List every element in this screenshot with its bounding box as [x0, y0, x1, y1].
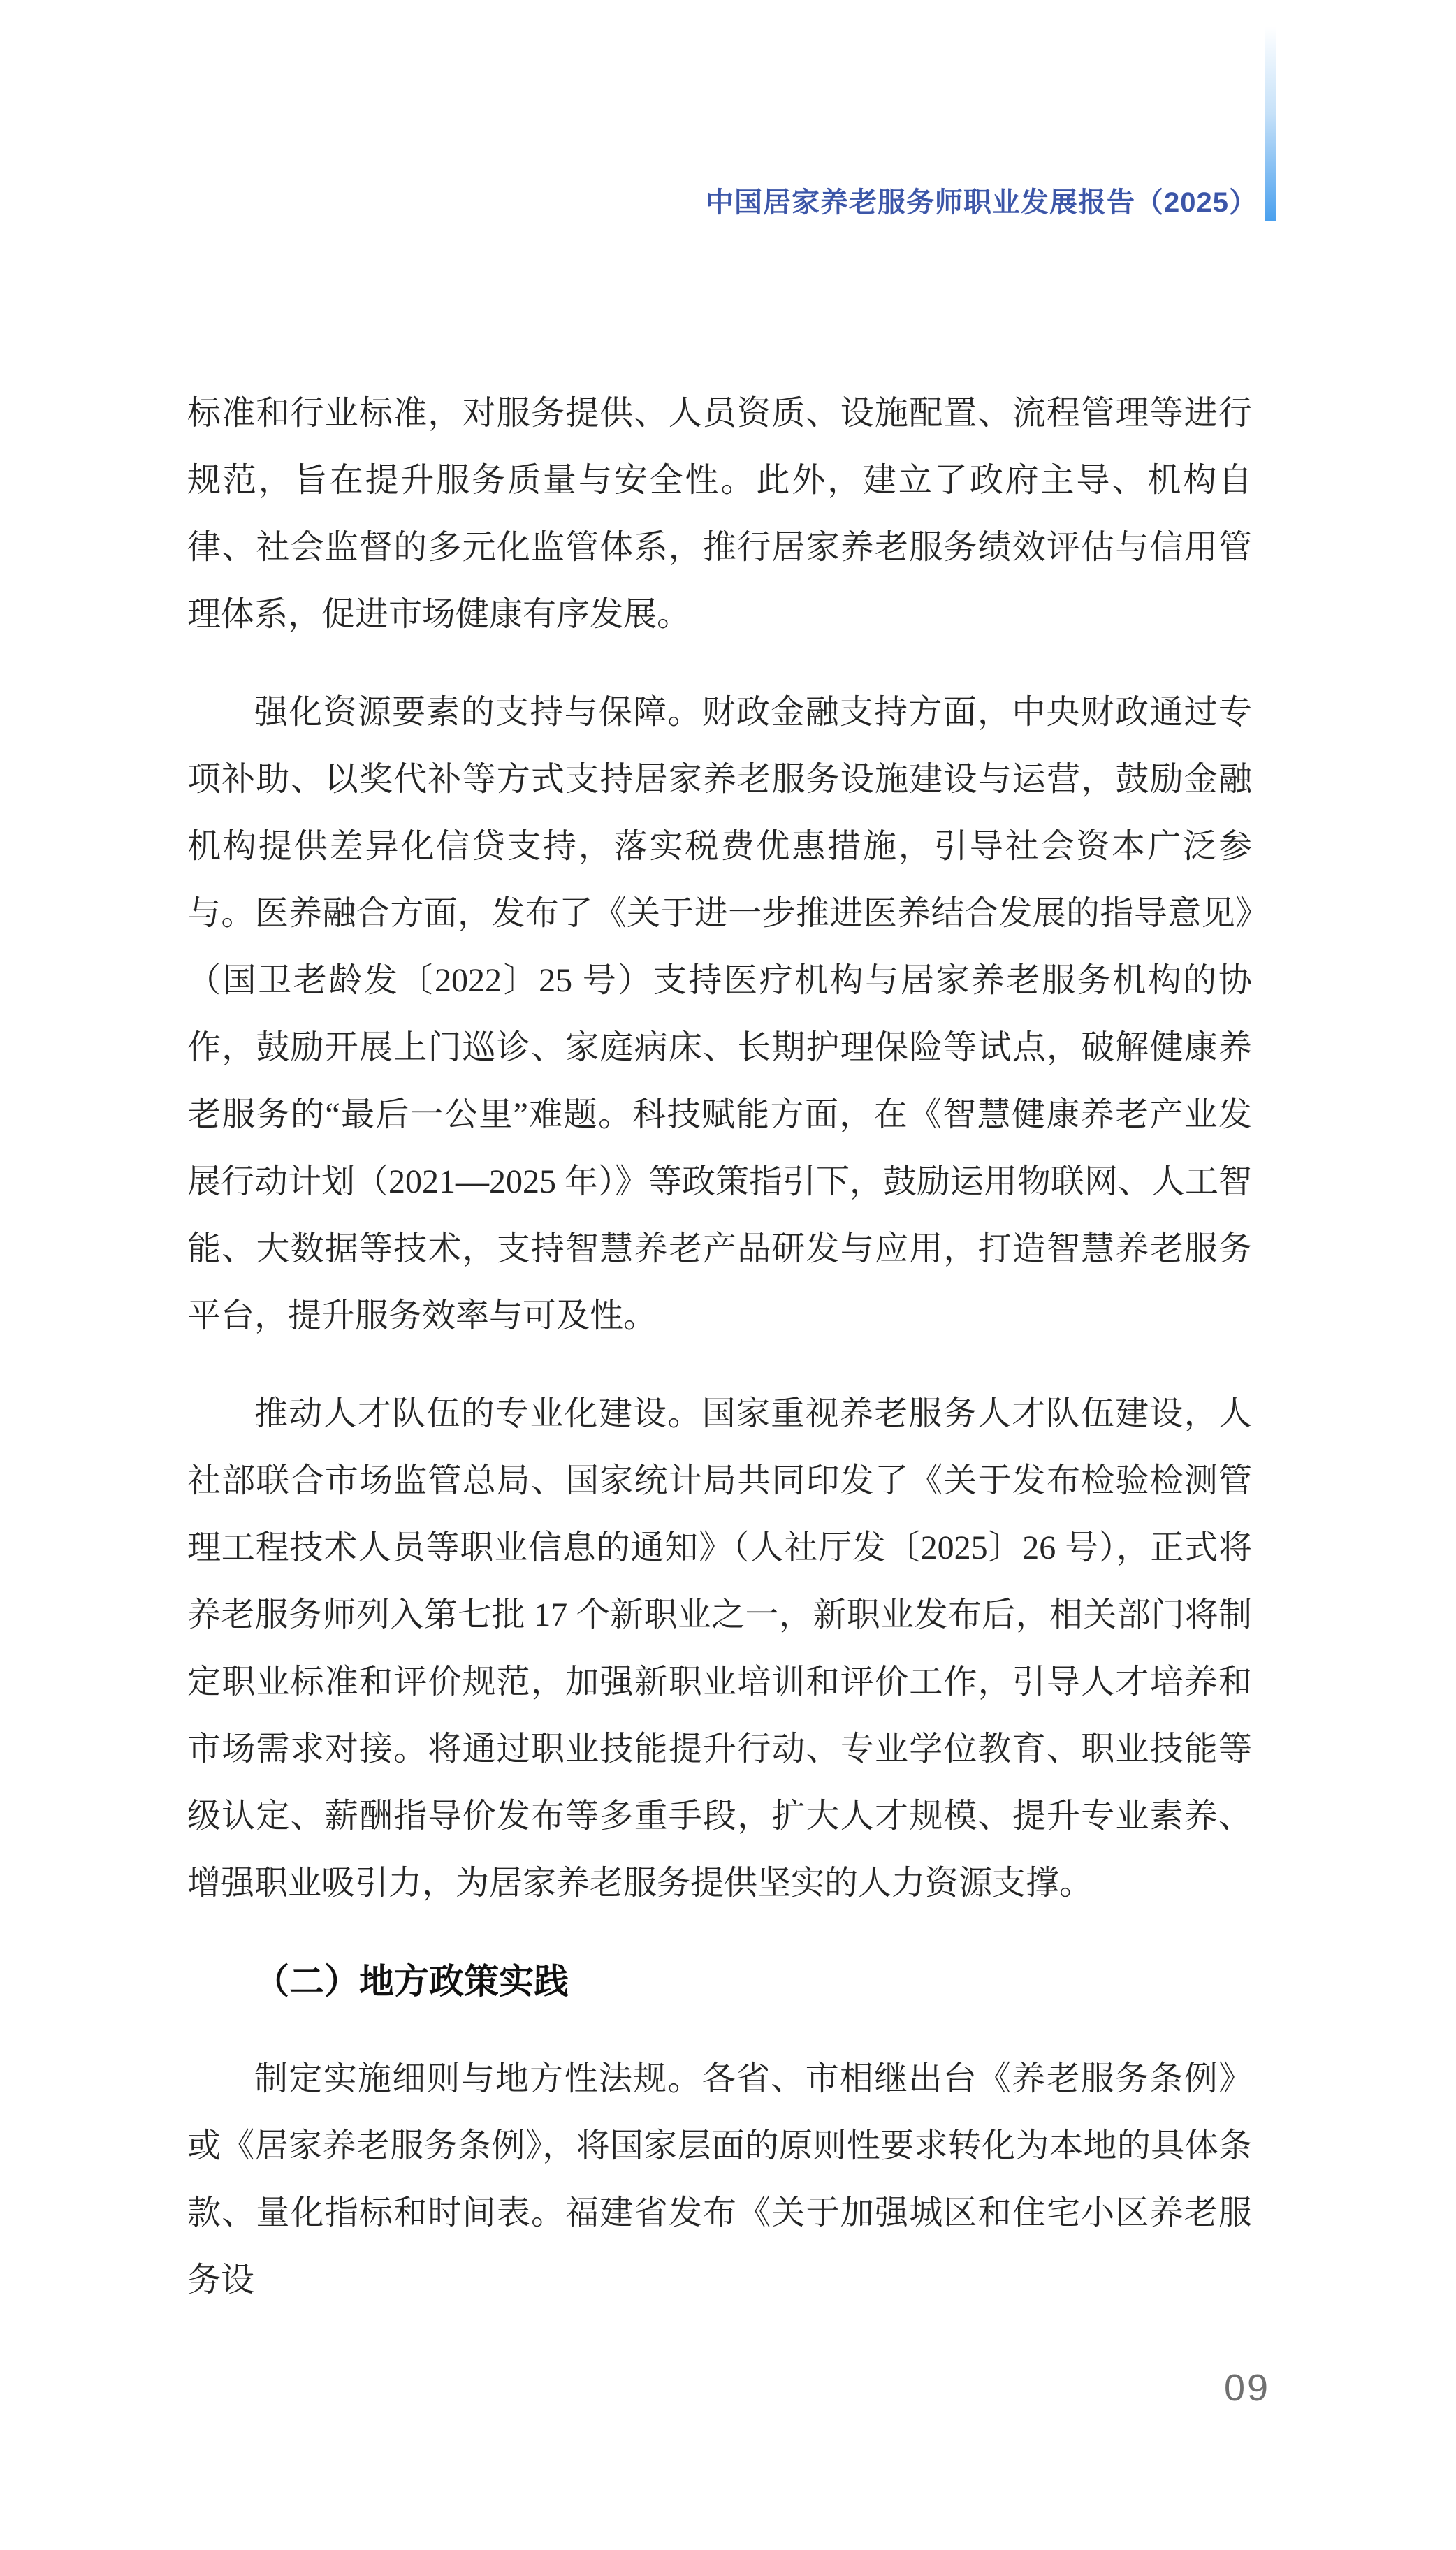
page-number: 09 [1224, 2367, 1270, 2409]
report-header-title: 中国居家养老服务师职业发展报告（2025） [706, 183, 1258, 222]
page-body: 标准和行业标准，对服务提供、人员资质、设施配置、流程管理等进行规范，旨在提升服务… [187, 380, 1252, 2345]
section-heading-local-policy: （二）地方政策实践 [187, 1948, 1252, 2015]
paragraph-continued: 标准和行业标准，对服务提供、人员资质、设施配置、流程管理等进行规范，旨在提升服务… [187, 380, 1252, 648]
paragraph-local-regulations: 制定实施细则与地方性法规。各省、市相继出台《养老服务条例》或《居家养老服务条例》… [187, 2046, 1252, 2314]
report-page: 中国居家养老服务师职业发展报告（2025） 标准和行业标准，对服务提供、人员资质… [0, 0, 1456, 2550]
paragraph-talent-building: 推动人才队伍的专业化建设。国家重视养老服务人才队伍建设，人社部联合市场监管总局、… [187, 1380, 1252, 1917]
paragraph-resource-support: 强化资源要素的支持与保障。财政金融支持方面，中央财政通过专项补助、以奖代补等方式… [187, 679, 1252, 1350]
header-accent-bar [1265, 27, 1276, 221]
